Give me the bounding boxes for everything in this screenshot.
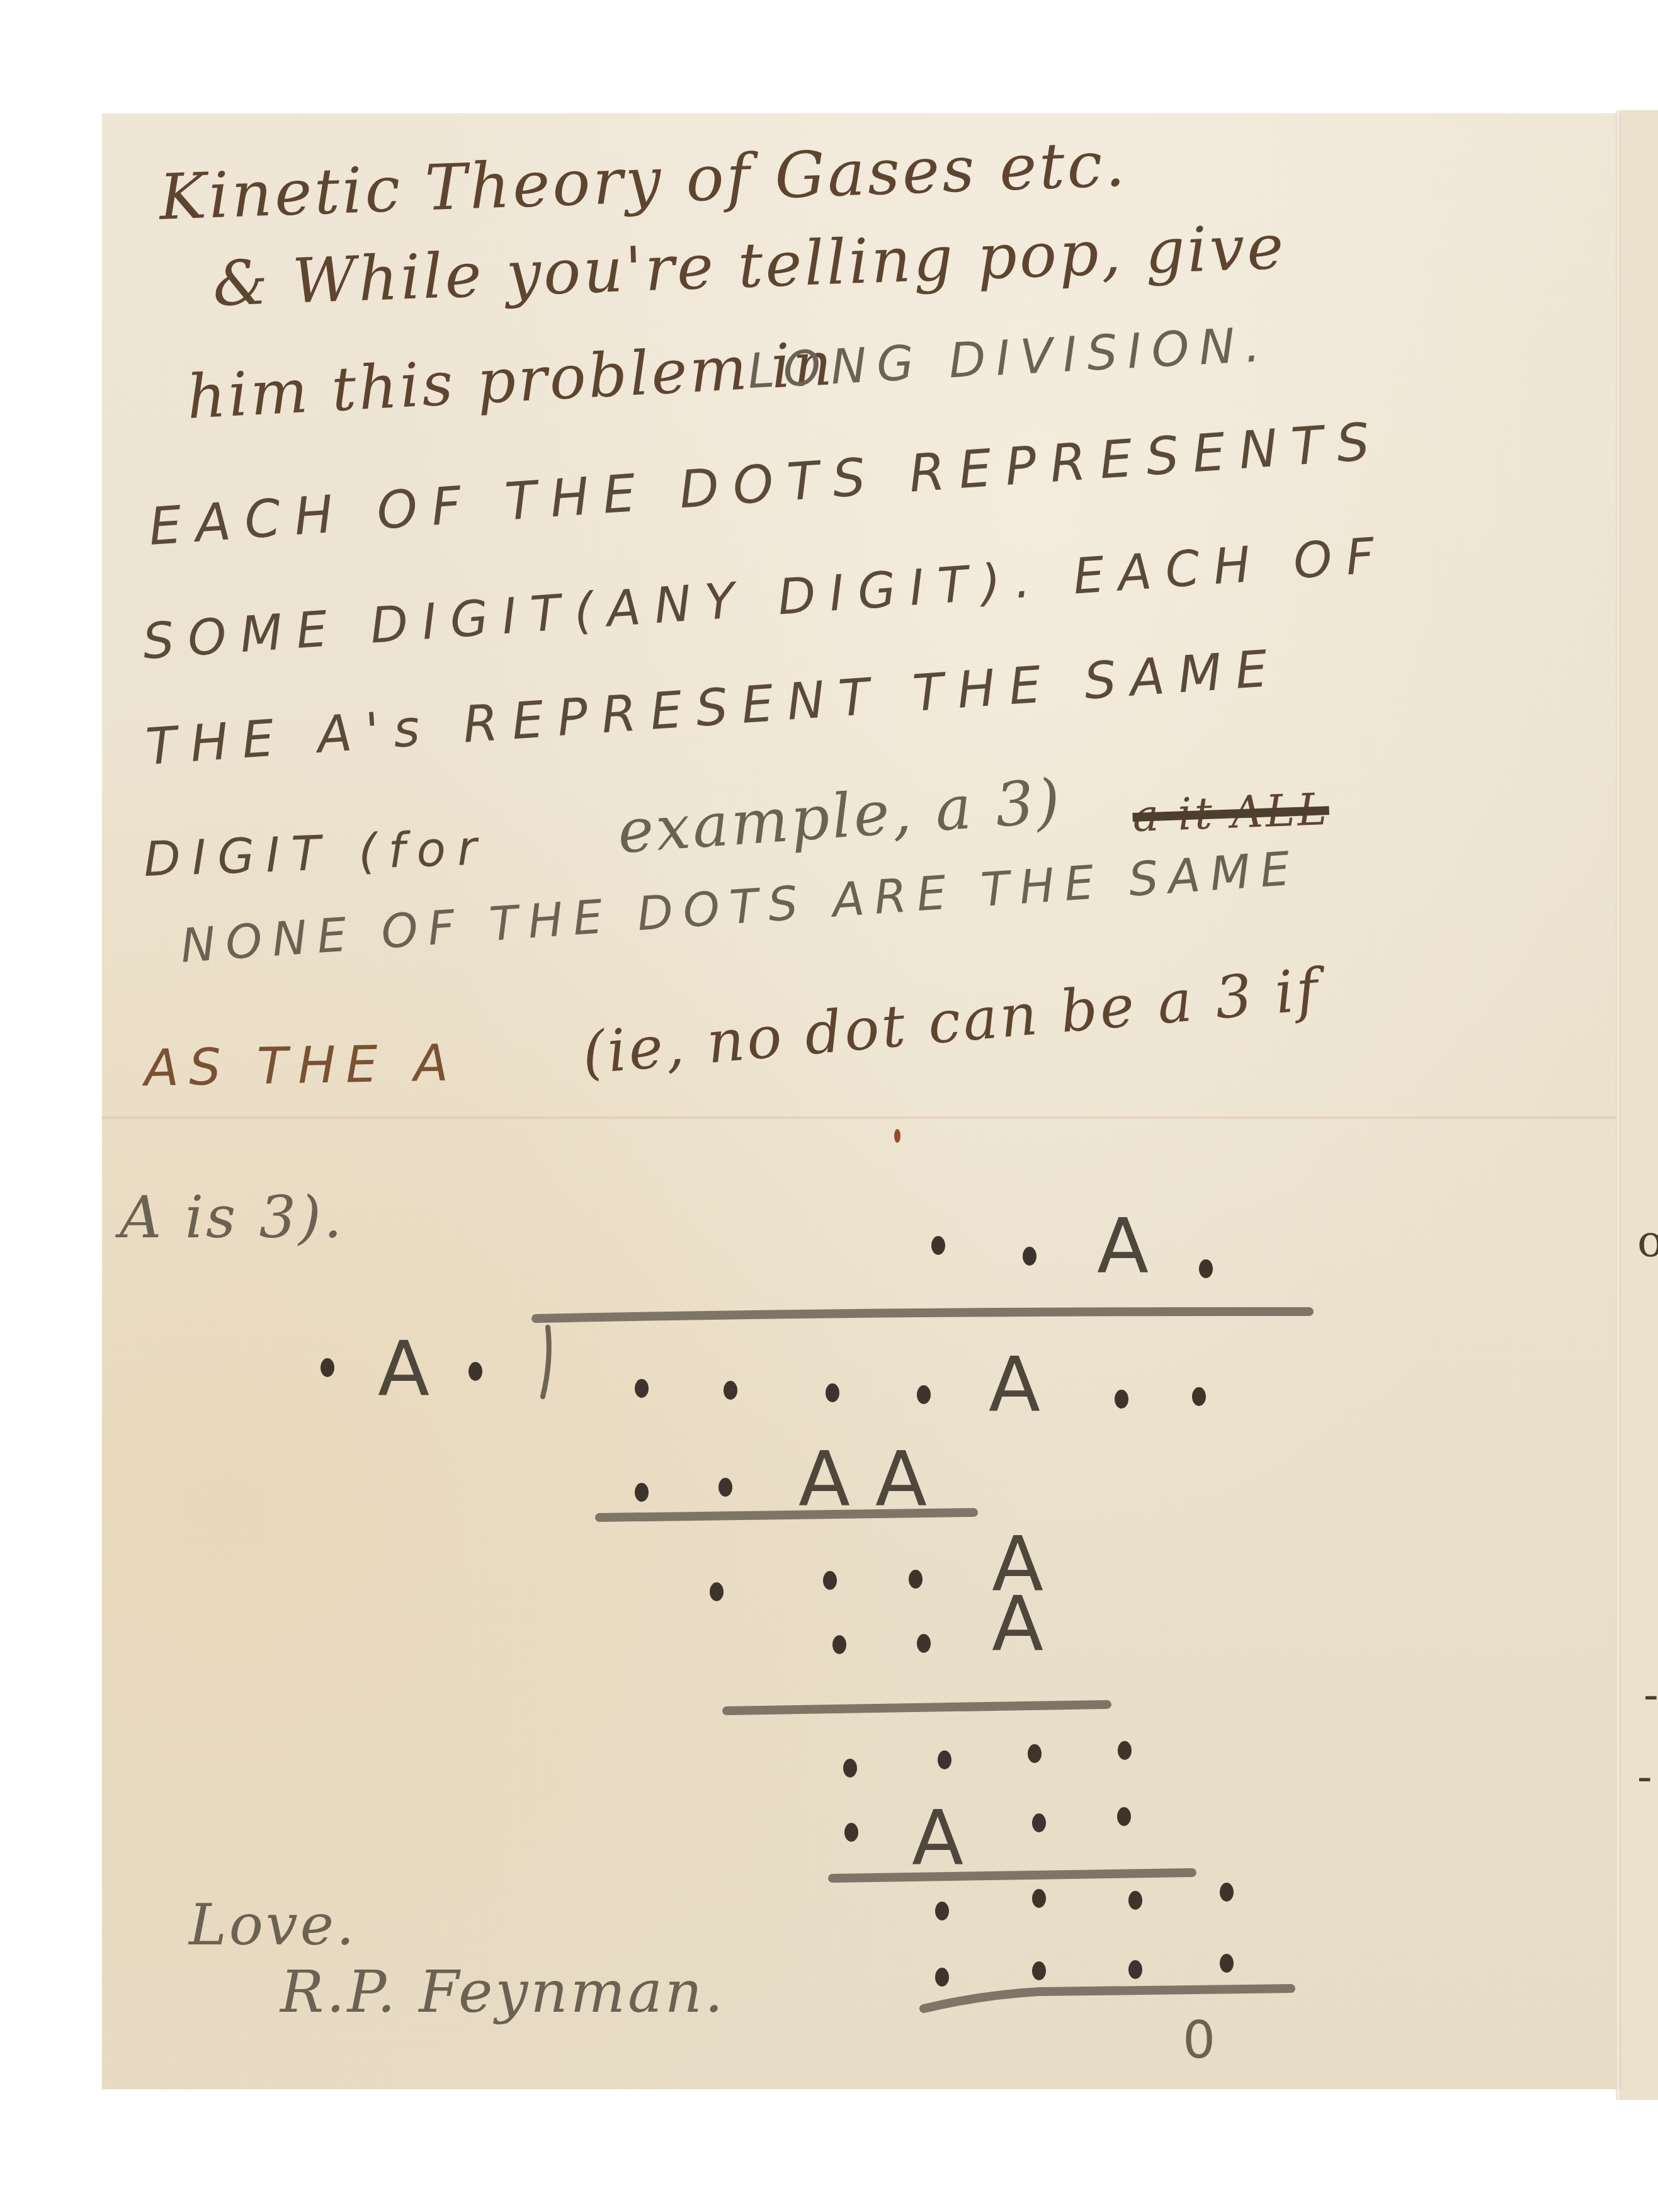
dividend-digit-dot [724, 1381, 737, 1400]
step-digit-dot [635, 1483, 649, 1502]
signature-rp-feynman: R.P. Feynman. [280, 1958, 725, 2026]
step-digit-dot [1117, 1807, 1131, 1826]
step-digit-dot [1032, 1961, 1046, 1980]
step-digit-dot [832, 1635, 846, 1654]
step-digit-dot [823, 1571, 837, 1590]
quotient-digit-a: A [1097, 1209, 1149, 1285]
step-digit-dot [909, 1570, 923, 1589]
step-digit-dot [844, 1823, 858, 1842]
step-digit-dot [718, 1478, 732, 1497]
step-digit-a: A [992, 1587, 1043, 1662]
step-digit-dot [1128, 1891, 1142, 1910]
step-digit-dot [1220, 1883, 1234, 1902]
step-digit-dot [935, 1902, 949, 1920]
dividend-digit-dot [917, 1385, 931, 1404]
step-digit-dot [1118, 1741, 1132, 1760]
closing-love: Love. [189, 1892, 357, 1958]
step-digit-dot [710, 1582, 724, 1601]
step-digit-dot [1028, 1744, 1042, 1763]
step-digit-a: A [912, 1801, 963, 1876]
remainder-zero: 0 [1183, 2015, 1215, 2067]
step-digit-dot [1128, 1960, 1142, 1979]
dividend-digit-dot [826, 1383, 839, 1402]
dividend-digit-dot [1115, 1390, 1128, 1409]
dividend-digit-a: A [989, 1347, 1040, 1423]
quotient-digit-dot [931, 1236, 945, 1255]
divisor-digit-a: A [378, 1332, 429, 1407]
step-digit-dot [1032, 1813, 1046, 1832]
divisor-digit-dot [468, 1362, 482, 1381]
step-digit-dot [843, 1759, 857, 1778]
step-digit-dot [935, 1968, 949, 1987]
quotient-digit-dot [1199, 1259, 1213, 1278]
step-digit-dot [938, 1750, 951, 1769]
quotient-digit-dot [1023, 1247, 1036, 1266]
step-digit-dot [1032, 1889, 1046, 1908]
division-lines [0, 0, 1658, 2212]
dividend-digit-dot [1192, 1387, 1206, 1406]
step-digit-dot [917, 1634, 931, 1653]
step-digit-dot [1220, 1954, 1234, 1973]
step-digit-a: A [798, 1442, 850, 1517]
step-digit-a: A [875, 1442, 927, 1517]
divisor-digit-dot [321, 1358, 334, 1377]
dividend-digit-dot [635, 1379, 649, 1398]
